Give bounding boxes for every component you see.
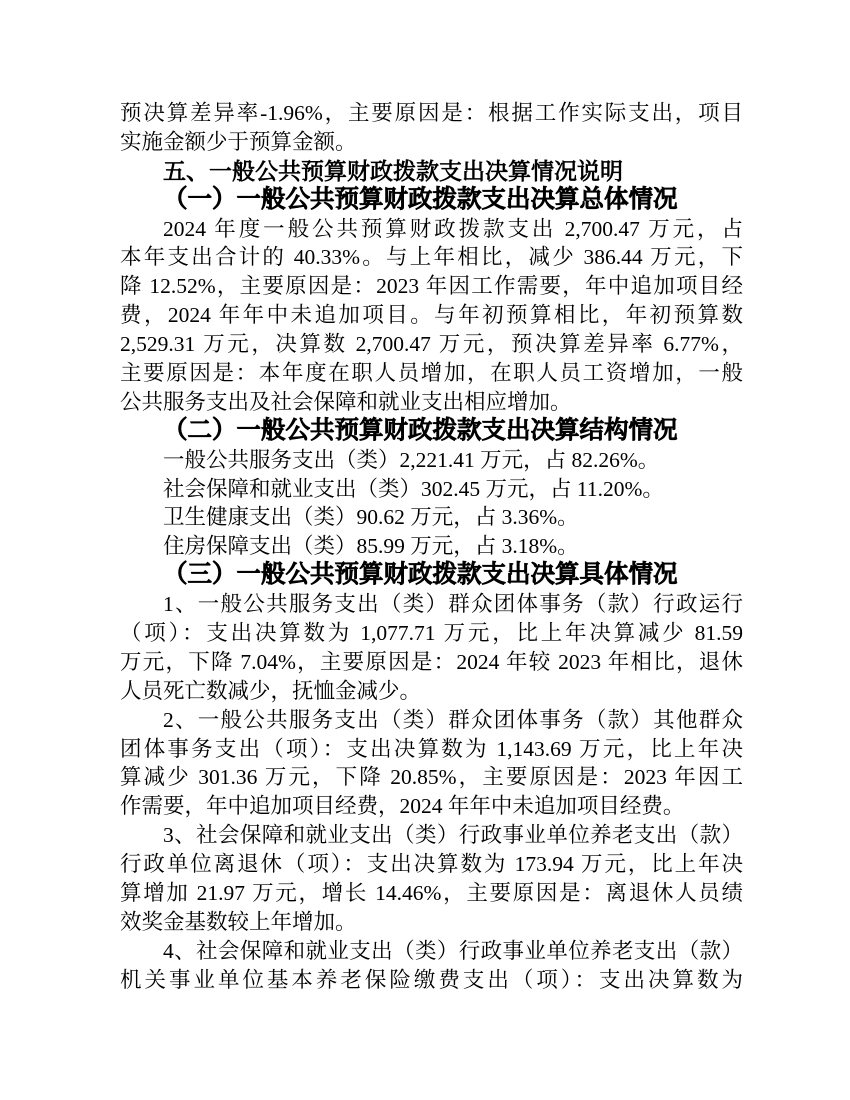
text-line: 效奖金基数较上年增加。 bbox=[120, 908, 743, 937]
heading-section-5: 五、一般公共预算财政拨款支出决算情况说明 bbox=[120, 157, 743, 186]
paragraph-detail-4: 4、社会保障和就业支出（类）行政事业单位养老支出（款）机关事业单位基本养老保险缴… bbox=[120, 937, 743, 995]
text-line: 2024 年度一般公共预算财政拨款支出 2,700.47 万元，占 bbox=[120, 215, 743, 244]
paragraph-continuation: 预决算差异率-1.96%，主要原因是：根据工作实际支出，项目实施金额少于预算金额… bbox=[120, 99, 743, 157]
text-line: 预决算差异率-1.96%，主要原因是：根据工作实际支出，项目 bbox=[120, 99, 743, 128]
heading-sub-1-overall: （一）一般公共预算财政拨款支出决算总体情况 bbox=[120, 186, 743, 215]
text-line: （三）一般公共预算财政拨款支出决算具体情况 bbox=[120, 561, 743, 590]
paragraph-detail-3: 3、社会保障和就业支出（类）行政事业单位养老支出（款）行政单位离退休（项）：支出… bbox=[120, 821, 743, 937]
paragraph-detail-1: 1、一般公共服务支出（类）群众团体事务（款）行政运行（项）：支出决算数为 1,0… bbox=[120, 590, 743, 706]
heading-sub-3-detail: （三）一般公共预算财政拨款支出决算具体情况 bbox=[120, 561, 743, 590]
text-line: 一般公共服务支出（类）2,221.41 万元，占 82.26%。 bbox=[120, 446, 743, 475]
document-body: 预决算差异率-1.96%，主要原因是：根据工作实际支出，项目实施金额少于预算金额… bbox=[120, 99, 743, 995]
item-social-security-employment: 社会保障和就业支出（类）302.45 万元，占 11.20%。 bbox=[120, 475, 743, 504]
text-line: 公共服务支出及社会保障和就业支出相应增加。 bbox=[120, 388, 743, 417]
text-line: 2、一般公共服务支出（类）群众团体事务（款）其他群众 bbox=[120, 706, 743, 735]
text-line: 2,529.31 万元，决算数 2,700.47 万元，预决算差异率 6.77%… bbox=[120, 330, 743, 359]
text-line: 人员死亡数减少，抚恤金减少。 bbox=[120, 677, 743, 706]
text-line: 团体事务支出（项）：支出决算数为 1,143.69 万元，比上年决 bbox=[120, 735, 743, 764]
text-line: 行政单位离退休（项）：支出决算数为 173.94 万元，比上年决 bbox=[120, 850, 743, 879]
text-line: 住房保障支出（类）85.99 万元，占 3.18%。 bbox=[120, 532, 743, 561]
paragraph-overall-situation: 2024 年度一般公共预算财政拨款支出 2,700.47 万元，占本年支出合计的… bbox=[120, 215, 743, 417]
text-line: 作需要，年中追加项目经费，2024 年年中未追加项目经费。 bbox=[120, 792, 743, 821]
item-health: 卫生健康支出（类）90.62 万元，占 3.36%。 bbox=[120, 503, 743, 532]
text-line: 降 12.52%，主要原因是：2023 年因工作需要，年中追加项目经 bbox=[120, 272, 743, 301]
heading-sub-2-structure: （二）一般公共预算财政拨款支出决算结构情况 bbox=[120, 417, 743, 446]
text-line: 机关事业单位基本养老保险缴费支出（项）：支出决算数为 bbox=[120, 966, 743, 995]
item-general-public-service: 一般公共服务支出（类）2,221.41 万元，占 82.26%。 bbox=[120, 446, 743, 475]
document-page: 预决算差异率-1.96%，主要原因是：根据工作实际支出，项目实施金额少于预算金额… bbox=[0, 0, 850, 1100]
text-line: 五、一般公共预算财政拨款支出决算情况说明 bbox=[120, 157, 743, 186]
text-line: 3、社会保障和就业支出（类）行政事业单位养老支出（款） bbox=[120, 821, 743, 850]
text-line: 卫生健康支出（类）90.62 万元，占 3.36%。 bbox=[120, 503, 743, 532]
text-line: 费，2024 年年中未追加项目。与年初预算相比，年初预算数 bbox=[120, 301, 743, 330]
item-housing: 住房保障支出（类）85.99 万元，占 3.18%。 bbox=[120, 532, 743, 561]
text-line: 算增加 21.97 万元，增长 14.46%，主要原因是：离退休人员绩 bbox=[120, 879, 743, 908]
text-line: 1、一般公共服务支出（类）群众团体事务（款）行政运行 bbox=[120, 590, 743, 619]
text-line: 主要原因是：本年度在职人员增加，在职人员工资增加，一般 bbox=[120, 359, 743, 388]
text-line: 万元，下降 7.04%，主要原因是：2024 年较 2023 年相比，退休 bbox=[120, 648, 743, 677]
text-line: 实施金额少于预算金额。 bbox=[120, 128, 743, 157]
text-line: （一）一般公共预算财政拨款支出决算总体情况 bbox=[120, 186, 743, 215]
text-line: 4、社会保障和就业支出（类）行政事业单位养老支出（款） bbox=[120, 937, 743, 966]
paragraph-detail-2: 2、一般公共服务支出（类）群众团体事务（款）其他群众团体事务支出（项）：支出决算… bbox=[120, 706, 743, 822]
text-line: （二）一般公共预算财政拨款支出决算结构情况 bbox=[120, 417, 743, 446]
text-line: 本年支出合计的 40.33%。与上年相比，减少 386.44 万元，下 bbox=[120, 243, 743, 272]
text-line: 社会保障和就业支出（类）302.45 万元，占 11.20%。 bbox=[120, 475, 743, 504]
text-line: 算减少 301.36 万元，下降 20.85%，主要原因是：2023 年因工 bbox=[120, 763, 743, 792]
text-line: （项）：支出决算数为 1,077.71 万元，比上年决算减少 81.59 bbox=[120, 619, 743, 648]
